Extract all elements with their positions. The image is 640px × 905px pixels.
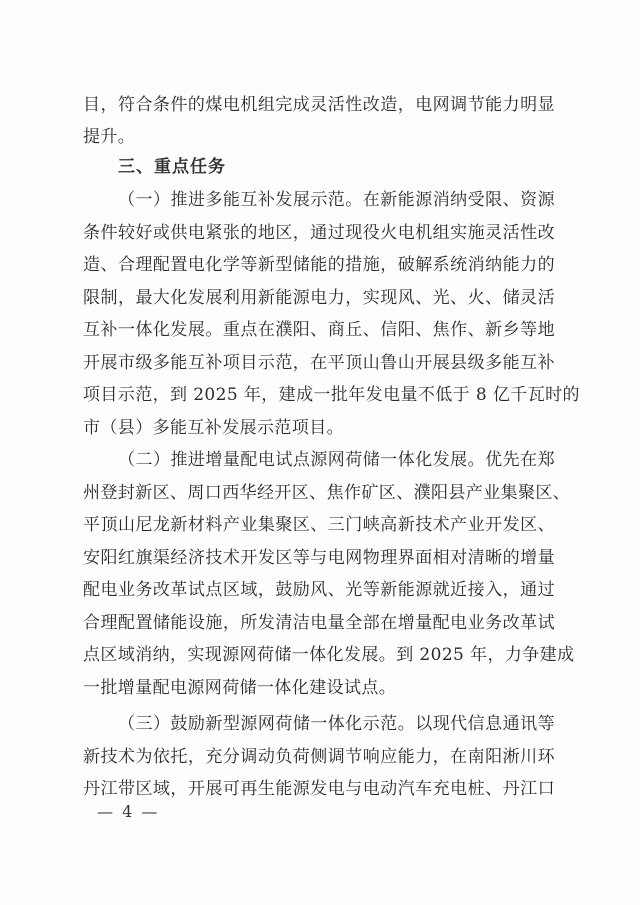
paragraph-line: （一）推进多能互补发展示范。在新能源消纳受限、资源 — [118, 189, 555, 211]
paragraph-line: 安阳红旗渠经济技术开发区等与电网物理界面相对清晰的增量 — [83, 547, 555, 569]
paragraph-line: 目，符合条件的煤电机组完成灵活性改造，电网调节能力明显 — [83, 94, 555, 116]
paragraph-line: 新技术为依托，充分调动负荷侧调节响应能力，在南阳淅川环 — [83, 746, 555, 768]
paragraph-line: 限制，最大化发展利用新能源电力，实现风、光、火、储灵活 — [83, 287, 555, 309]
document-page: 目，符合条件的煤电机组完成灵活性改造，电网调节能力明显 提升。 三、重点任务 （… — [0, 0, 640, 905]
paragraph-line: （二）推进增量配电试点源网荷储一体化发展。优先在郑 — [118, 449, 555, 471]
paragraph-line: 提升。 — [83, 126, 555, 148]
paragraph-line: 造、合理配置电化学等新型储能的措施，破解系统消纳能力的 — [83, 254, 555, 276]
paragraph-line: 市（县）多能互补发展示范项目。 — [83, 417, 555, 439]
paragraph-line: 互补一体化发展。重点在濮阳、商丘、信阳、焦作、新乡等地 — [83, 319, 555, 341]
paragraph-line: 一批增量配电源网荷储一体化建设试点。 — [83, 677, 555, 699]
paragraph-line: 项目示范，到 2025 年，建成一批年发电量不低于 8 亿千瓦时的 — [83, 384, 555, 406]
paragraph-line: 条件较好或供电紧张的地区，通过现役火电机组实施灵活性改 — [83, 222, 555, 244]
paragraph-line: 丹江带区域，开展可再生能源发电与电动汽车充电桩、丹江口 — [83, 778, 555, 800]
paragraph-line: 合理配置储能设施，所发清洁电量全部在增量配电业务改革试 — [83, 612, 555, 634]
page-number: — 4 — — [97, 801, 159, 823]
paragraph-line: 点区域消纳，实现源网荷储一体化发展。到 2025 年，力争建成 — [83, 644, 555, 666]
paragraph-line: 开展市级多能互补项目示范，在平顶山鲁山开展县级多能互补 — [83, 352, 555, 374]
section-heading: 三、重点任务 — [118, 156, 555, 178]
paragraph-line: 平顶山尼龙新材料产业集聚区、三门峡高新技术产业开发区、 — [83, 514, 555, 536]
paragraph-line: （三）鼓励新型源网荷储一体化示范。以现代信息通讯等 — [118, 713, 555, 735]
paragraph-line: 配电业务改革试点区域，鼓励风、光等新能源就近接入，通过 — [83, 579, 555, 601]
paragraph-line: 州登封新区、周口西华经开区、焦作矿区、濮阳县产业集聚区、 — [83, 482, 555, 504]
